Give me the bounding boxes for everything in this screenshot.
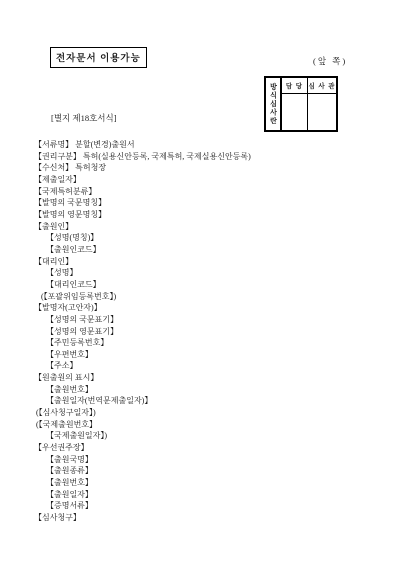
field-line: 【제출일자】	[34, 174, 251, 186]
electronic-document-stamp: 전자문서 이용가능	[50, 47, 147, 68]
field-line: (【국제출원번호】	[36, 419, 251, 431]
field-line: 【발명자(고안자)】	[34, 302, 251, 314]
field-line: 【성명의 국문표기】	[46, 314, 251, 326]
scanned-form-page: 전자문서 이용가능 (앞 쪽) 방식심사란 담 당 심 사 관 [별지 제18호…	[0, 0, 400, 565]
field-line: 【원출원의 표시】	[34, 372, 251, 384]
field-line: 【국제출원일자】)	[46, 430, 251, 442]
field-line: 【국제특허분류】	[34, 186, 251, 198]
format-review-body-row	[282, 94, 336, 130]
field-line: 【출원국명】	[46, 454, 251, 466]
field-line: 【성명(명칭)】	[46, 232, 251, 244]
format-review-main: 담 당 심 사 관	[282, 78, 336, 130]
field-line: 【권리구분】 특허(실용신안등록, 국제특허, 국제실용신안등록)	[34, 151, 251, 163]
field-line: (【포괄위임등록번호】)	[41, 291, 251, 303]
column-header-staff: 담 당	[282, 78, 308, 93]
field-line: 【주소】	[46, 360, 251, 372]
field-line: 【출원종류】	[46, 465, 251, 477]
field-line: 【출원인코드】	[46, 244, 251, 256]
field-line: 【성명】	[46, 267, 251, 279]
field-line: 【출원번호】	[46, 384, 251, 396]
field-line: (【심사청구일자】)	[36, 407, 251, 419]
field-line: 【출원일자】	[46, 489, 251, 501]
field-line: 【우편번호】	[46, 349, 251, 361]
field-line: 【증명서류】	[46, 500, 251, 512]
field-line: 【대리인】	[34, 256, 251, 268]
form-reference-note: [별지 제18호서식]	[51, 112, 117, 124]
field-line: 【서류명】 분할(변경)출원서	[34, 139, 251, 151]
format-review-header-row: 담 당 심 사 관	[282, 78, 336, 94]
column-header-examiner: 심 사 관	[308, 78, 336, 93]
field-line: 【발명의 국문명칭】	[34, 197, 251, 209]
field-line: 【대리인코드】	[46, 279, 251, 291]
field-line: 【발명의 영문명칭】	[34, 209, 251, 221]
field-line: 【출원번호】	[46, 477, 251, 489]
field-line: 【출원인】	[34, 221, 251, 233]
format-review-vertical-title: 방식심사란	[270, 83, 277, 126]
field-line: 【주민등록번호】	[46, 337, 251, 349]
field-line: 【심사청구】	[34, 512, 251, 524]
field-line: 【출원일자(번역문제출일자)】	[46, 395, 251, 407]
form-field-list: 【서류명】 분할(변경)출원서 【권리구분】 특허(실용신안등록, 국제특허, …	[34, 139, 251, 524]
page-side-label: (앞 쪽)	[313, 55, 347, 67]
staff-signature-cell	[282, 94, 308, 130]
examiner-signature-cell	[308, 94, 336, 130]
format-review-vertical-header: 방식심사란	[266, 78, 282, 130]
format-review-table: 방식심사란 담 당 심 사 관	[264, 76, 338, 132]
field-line: 【수신처】 특허청장	[34, 162, 251, 174]
field-line: 【우선권주장】	[34, 442, 251, 454]
field-line: 【성명의 영문표기】	[46, 326, 251, 338]
